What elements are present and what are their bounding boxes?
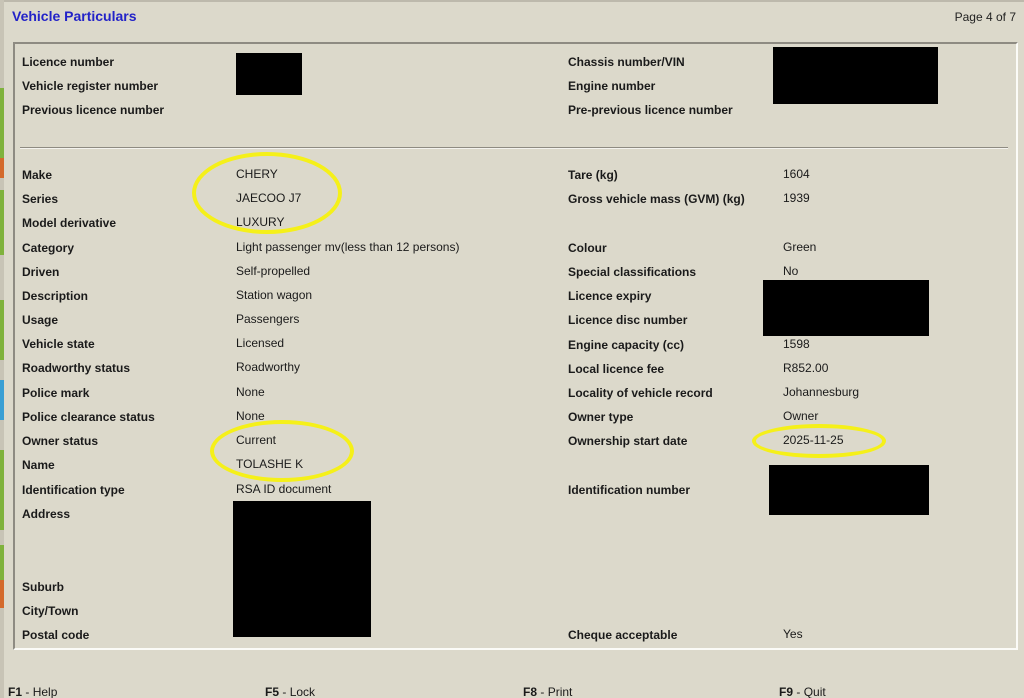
engine-capacity-value: 1598 bbox=[783, 337, 810, 351]
model-derivative-label: Model derivative bbox=[22, 216, 116, 230]
colour-label: Colour bbox=[568, 241, 607, 255]
f9-quit-key[interactable]: F9 - Quit bbox=[779, 685, 826, 698]
pre-previous-licence-number-label: Pre-previous licence number bbox=[568, 103, 733, 117]
chassis-number-label: Chassis number/VIN bbox=[568, 55, 685, 69]
owner-name-value: TOLASHE K bbox=[236, 457, 303, 471]
f9-action-label: Quit bbox=[804, 685, 826, 698]
model-derivative-value: LUXURY bbox=[236, 215, 284, 229]
f5-key-label: F5 bbox=[265, 685, 279, 698]
city-town-label: City/Town bbox=[22, 604, 78, 618]
identification-number-label: Identification number bbox=[568, 483, 690, 497]
licence-disc-number-label: Licence disc number bbox=[568, 313, 687, 327]
usage-value: Passengers bbox=[236, 312, 299, 326]
owner-status-label: Owner status bbox=[22, 434, 98, 448]
vehicle-register-number-label: Vehicle register number bbox=[22, 79, 158, 93]
f1-help-key[interactable]: F1 - Help bbox=[8, 685, 57, 698]
f1-key-label: F1 bbox=[8, 685, 22, 698]
address-label: Address bbox=[22, 507, 70, 521]
section-divider bbox=[20, 147, 1008, 149]
police-clearance-status-value: None bbox=[236, 409, 265, 423]
category-value: Light passenger mv(less than 12 persons) bbox=[236, 240, 459, 254]
driven-value: Self-propelled bbox=[236, 264, 310, 278]
owner-name-label: Name bbox=[22, 458, 55, 472]
local-licence-fee-label: Local licence fee bbox=[568, 362, 664, 376]
locality-label: Locality of vehicle record bbox=[568, 386, 713, 400]
f5-action-label: Lock bbox=[290, 685, 315, 698]
identification-number-redaction bbox=[769, 465, 929, 515]
suburb-label: Suburb bbox=[22, 580, 64, 594]
tare-value: 1604 bbox=[783, 167, 810, 181]
ownership-start-date-label: Ownership start date bbox=[568, 434, 687, 448]
series-label: Series bbox=[22, 192, 58, 206]
engine-capacity-label: Engine capacity (cc) bbox=[568, 338, 684, 352]
f9-key-label: F9 bbox=[779, 685, 793, 698]
f8-print-key[interactable]: F8 - Print bbox=[523, 685, 572, 698]
category-label: Category bbox=[22, 241, 74, 255]
licence-number-label: Licence number bbox=[22, 55, 114, 69]
make-value: CHERY bbox=[236, 167, 278, 181]
cheque-acceptable-label: Cheque acceptable bbox=[568, 628, 677, 642]
roadworthy-status-value: Roadworthy bbox=[236, 360, 300, 374]
owner-type-label: Owner type bbox=[568, 410, 633, 424]
vehicle-particulars-panel bbox=[13, 42, 1018, 650]
special-classifications-label: Special classifications bbox=[568, 265, 696, 279]
f5-lock-key[interactable]: F5 - Lock bbox=[265, 685, 315, 698]
driven-label: Driven bbox=[22, 265, 59, 279]
description-label: Description bbox=[22, 289, 88, 303]
background-window-edge bbox=[0, 0, 4, 698]
police-mark-label: Police mark bbox=[22, 386, 89, 400]
police-mark-value: None bbox=[236, 385, 265, 399]
cheque-acceptable-value: Yes bbox=[783, 627, 803, 641]
identification-type-label: Identification type bbox=[22, 483, 125, 497]
locality-value: Johannesburg bbox=[783, 385, 859, 399]
special-classifications-value: No bbox=[783, 264, 798, 278]
local-licence-fee-value: R852.00 bbox=[783, 361, 828, 375]
window-title: Vehicle Particulars bbox=[12, 8, 137, 24]
previous-licence-number-label: Previous licence number bbox=[22, 103, 164, 117]
licence-expiry-redaction bbox=[763, 280, 929, 336]
f1-action-label: Help bbox=[33, 685, 58, 698]
identification-type-value: RSA ID document bbox=[236, 482, 331, 496]
make-label: Make bbox=[22, 168, 52, 182]
gvm-label: Gross vehicle mass (GVM) (kg) bbox=[568, 192, 745, 206]
colour-value: Green bbox=[783, 240, 816, 254]
vehicle-state-label: Vehicle state bbox=[22, 337, 95, 351]
engine-number-label: Engine number bbox=[568, 79, 655, 93]
f8-action-label: Print bbox=[548, 685, 573, 698]
address-redaction bbox=[233, 501, 371, 637]
vehicle-state-value: Licensed bbox=[236, 336, 284, 350]
tare-label: Tare (kg) bbox=[568, 168, 618, 182]
police-clearance-status-label: Police clearance status bbox=[22, 410, 155, 424]
roadworthy-status-label: Roadworthy status bbox=[22, 361, 130, 375]
owner-status-value: Current bbox=[236, 433, 276, 447]
gvm-value: 1939 bbox=[783, 191, 810, 205]
ownership-start-date-value: 2025-11-25 bbox=[783, 433, 844, 447]
series-value: JAECOO J7 bbox=[236, 191, 301, 205]
page-indicator: Page 4 of 7 bbox=[955, 10, 1016, 24]
description-value: Station wagon bbox=[236, 288, 312, 302]
window-top-border bbox=[0, 0, 1024, 2]
licence-expiry-label: Licence expiry bbox=[568, 289, 651, 303]
f8-key-label: F8 bbox=[523, 685, 537, 698]
postal-code-label: Postal code bbox=[22, 628, 89, 642]
licence-number-redaction bbox=[236, 53, 302, 95]
chassis-engine-redaction bbox=[773, 47, 938, 104]
owner-type-value: Owner bbox=[783, 409, 818, 423]
usage-label: Usage bbox=[22, 313, 58, 327]
